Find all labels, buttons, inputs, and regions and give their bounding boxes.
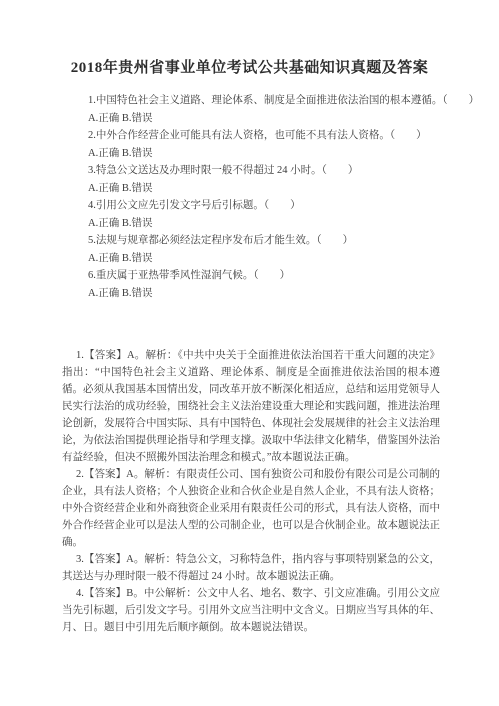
question-2: 2.中外合作经营企业可能具有法人资格，也可能不具有法人资格。（ ） A.正确 B… bbox=[88, 127, 459, 162]
question-5: 5.法规与规章都必须经法定程序发布后才能生效。（ ） A.正确 B.错误 bbox=[88, 232, 459, 267]
question-1: 1.中国特色社会主义道路、理论体系、制度是全面推进依法治国的根本遵循。（ ） A… bbox=[88, 92, 459, 127]
question-options: A.正确 B.错误 bbox=[88, 250, 459, 268]
question-options: A.正确 B.错误 bbox=[88, 110, 459, 128]
question-text: 6.重庆属于亚热带季风性湿润气候。（ ） bbox=[88, 267, 459, 285]
answer-paragraph-2: 2.【答案】A。解析：有限责任公司、国有独资公司和股份有限公司是公司制的企业，具… bbox=[62, 466, 440, 551]
answer-paragraph-4: 4.【答案】B。中公解析：公文中人名、地名、数字、引文应准确。引用公文应当先引标… bbox=[62, 585, 440, 636]
document-page: 2018年贵州省事业单位考试公共基础知识真题及答案 1.中国特色社会主义道路、理… bbox=[0, 0, 499, 706]
question-options: A.正确 B.错误 bbox=[88, 180, 459, 198]
question-3: 3.特急公文送达及办理时限一般不得超过 24 小时。（ ） A.正确 B.错误 bbox=[88, 162, 459, 197]
question-6: 6.重庆属于亚热带季风性湿润气候。（ ） A.正确 B.错误 bbox=[88, 267, 459, 302]
question-text: 4.引用公文应先引发文字号后引标题。（ ） bbox=[88, 197, 459, 215]
question-section: 1.中国特色社会主义道路、理论体系、制度是全面推进依法治国的根本遵循。（ ） A… bbox=[88, 92, 459, 302]
question-options: A.正确 B.错误 bbox=[88, 145, 459, 163]
answer-paragraph-1: 1.【答案】A。解析：《中共中央关于全面推进依法治国若干重大问题的决定》指出：“… bbox=[62, 347, 440, 466]
question-options: A.正确 B.错误 bbox=[88, 285, 459, 303]
question-4: 4.引用公文应先引发文字号后引标题。（ ） A.正确 B.错误 bbox=[88, 197, 459, 232]
answer-section: 1.【答案】A。解析：《中共中央关于全面推进依法治国若干重大问题的决定》指出：“… bbox=[62, 347, 440, 636]
question-text: 2.中外合作经营企业可能具有法人资格，也可能不具有法人资格。（ ） bbox=[88, 127, 459, 145]
question-text: 1.中国特色社会主义道路、理论体系、制度是全面推进依法治国的根本遵循。（ ） bbox=[88, 92, 459, 110]
document-title: 2018年贵州省事业单位考试公共基础知识真题及答案 bbox=[30, 58, 469, 78]
question-text: 5.法规与规章都必须经法定程序发布后才能生效。（ ） bbox=[88, 232, 459, 250]
answer-paragraph-3: 3.【答案】A。解析：特急公文，习称特急件，指内容与事项特别紧急的公文，其送达与… bbox=[62, 551, 440, 585]
question-options: A.正确 B.错误 bbox=[88, 215, 459, 233]
question-text: 3.特急公文送达及办理时限一般不得超过 24 小时。（ ） bbox=[88, 162, 459, 180]
